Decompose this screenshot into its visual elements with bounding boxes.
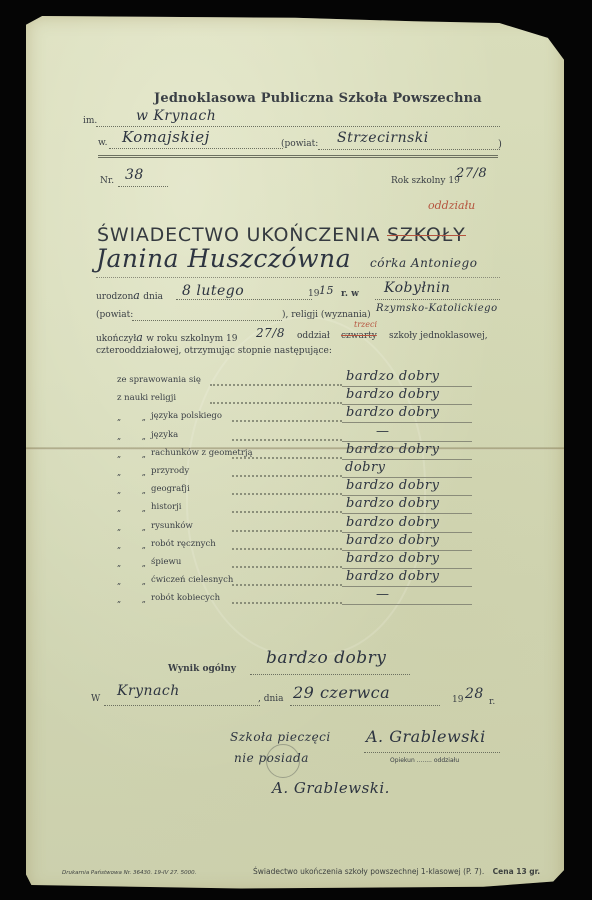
no-stamp-note-line2: nie posiada — [234, 751, 309, 765]
ditto-marks: „ „ — [117, 413, 155, 422]
leader-dots — [232, 602, 342, 604]
leader-dots — [232, 420, 342, 422]
powiat2-line — [132, 320, 282, 321]
grade-value: bardzo dobry — [346, 496, 439, 511]
grade-subject: przyrody — [151, 466, 189, 476]
powiat-line — [318, 149, 500, 150]
ditto-marks: „ „ — [117, 559, 155, 568]
leader-dots — [232, 566, 342, 568]
leader-dots — [210, 384, 342, 386]
year-r-label: r. — [489, 697, 495, 707]
leader-dots — [232, 493, 342, 495]
nr-label: Nr. — [100, 176, 114, 186]
grade-value: — — [376, 424, 390, 439]
religion-value: Rzymsko-Katolickiego — [376, 303, 498, 314]
grade-subject: śpiewu — [151, 557, 181, 567]
year-value: 28 — [465, 686, 484, 702]
ditto-marks: „ „ — [117, 486, 155, 495]
grade-value: bardzo dobry — [346, 369, 439, 384]
result-label: Wynik ogólny — [168, 664, 236, 674]
ditto-marks: „ „ — [117, 541, 155, 550]
grade-subject: rysunków — [151, 521, 193, 531]
religion-label: ), religji (wyznania) — [282, 310, 371, 320]
title-main: ŚWIADECTWO UKOŃCZENIA — [97, 224, 380, 246]
im-line — [96, 126, 500, 127]
date-value: 29 czerwca — [293, 683, 390, 702]
ditto-marks: „ „ — [117, 595, 155, 604]
leader-dots — [232, 530, 342, 532]
form-name: Świadectwo ukończenia szkoły powszechnej… — [253, 867, 484, 876]
grade-subject: geografji — [151, 484, 190, 494]
nr-line — [118, 186, 168, 187]
leader-dots — [232, 475, 342, 477]
grade-line — [342, 513, 472, 514]
title-struck-word: SZKOŁY — [387, 224, 466, 246]
leader-dots — [232, 457, 342, 459]
oddzial-label: oddział — [297, 331, 330, 341]
ditto-marks: „ „ — [117, 432, 155, 441]
school-year-value: 27/8 — [456, 166, 487, 181]
teacher-signature: A. Grablewski — [366, 727, 486, 746]
no-stamp-note-line1: Szkoła pieczęci — [230, 730, 331, 744]
student-name: Janina Huszczówna — [96, 244, 351, 273]
date-line — [290, 705, 440, 706]
grade-subject: ćwiczeń cielesnych — [151, 575, 233, 585]
ditto-marks: „ „ — [117, 577, 155, 586]
note-signature: A. Grablewski. — [272, 779, 390, 797]
grade-value: bardzo dobry — [346, 387, 439, 402]
grade-subject: języka polskiego — [151, 411, 222, 421]
nr-value: 38 — [125, 167, 144, 183]
birth-year-prefix: 19 — [308, 289, 319, 299]
leader-dots — [232, 584, 342, 586]
result-value: bardzo dobry — [266, 648, 386, 668]
powiat-value: Strzecirnski — [337, 130, 429, 146]
grade-subject: robót ręcznych — [151, 539, 216, 549]
oddzial-struck: czwarty — [341, 331, 377, 341]
leader-dots — [232, 511, 342, 513]
leader-dots — [232, 548, 342, 550]
completed-school-year: 27/8 — [256, 326, 285, 340]
grade-subject: historji — [151, 502, 182, 512]
place-line — [104, 705, 260, 706]
ditto-marks: „ „ — [117, 468, 155, 477]
teacher-caption: Opiekun ........ oddziału — [390, 757, 459, 764]
printer-imprint: Drukarnia Państwowa Nr. 36430. 19-IV 27.… — [62, 870, 196, 876]
parent-text: córka Antoniego — [370, 256, 477, 270]
year-prefix: 19 — [452, 695, 463, 705]
grade-value: bardzo dobry — [346, 442, 439, 457]
result-line — [250, 674, 410, 675]
rw-label: r. w — [341, 289, 359, 299]
grade-subject: z nauki religji — [117, 393, 176, 403]
school-year-label: Rok szkolny 19 — [391, 176, 460, 186]
grade-value: bardzo dobry — [346, 515, 439, 530]
name-line — [96, 277, 500, 278]
birth-day-line — [176, 299, 312, 300]
oddzial-correction: trzeci — [354, 320, 377, 329]
ditto-marks: „ „ — [117, 450, 155, 459]
grade-value: bardzo dobry — [346, 533, 439, 548]
grade-value: — — [376, 587, 390, 602]
grade-value: bardzo dobry — [346, 478, 439, 493]
leader-dots — [210, 402, 342, 404]
grade-line — [342, 604, 472, 605]
powiat-label: (powiat: — [281, 139, 318, 149]
ditto-marks: „ „ — [117, 523, 155, 532]
w-label: w. — [98, 138, 108, 148]
birth-day: 8 lutego — [182, 283, 244, 299]
grade-value: bardzo dobry — [346, 551, 439, 566]
grade-value: bardzo dobry — [346, 569, 439, 584]
birth-year: 15 — [319, 284, 334, 297]
form-price: Cena 13 gr. — [493, 867, 541, 876]
grade-subject: ze sprawowania się — [117, 375, 201, 385]
ditto-marks: „ „ — [117, 504, 155, 513]
grade-subject: robót kobiecych — [151, 593, 220, 603]
born-label: urodzona dnia — [96, 289, 163, 302]
leader-dots — [232, 439, 342, 441]
completed-line: ukończyła w roku szkolnym 19 — [96, 331, 237, 344]
header-double-rule — [98, 155, 498, 158]
birth-place: Kobyłnin — [384, 280, 450, 296]
w-value: Komajskiej — [122, 128, 210, 146]
school-type-heading: Jednoklasowa Publiczna Szkoła Powszechna — [154, 91, 482, 106]
place-label: W — [91, 694, 100, 704]
teacher-signature-line — [364, 752, 500, 753]
w-line — [109, 148, 283, 149]
certificate-title: ŚWIADECTWO UKOŃCZENIA SZKOŁY — [97, 224, 466, 246]
form-footer: Świadectwo ukończenia szkoły powszechnej… — [253, 867, 540, 876]
im-value: w Krynach — [136, 108, 216, 124]
grade-line — [342, 422, 472, 423]
title-correction: oddziału — [428, 199, 475, 212]
powiat-close: ) — [498, 139, 502, 150]
grade-value: dobry — [345, 460, 386, 475]
grades-intro: czterooddziałowej, otrzymując stopnie na… — [96, 346, 332, 356]
birth-place-line — [375, 299, 500, 300]
grade-line — [342, 586, 472, 587]
im-label: im. — [83, 116, 97, 126]
date-label: , dnia — [258, 694, 284, 704]
school-type-text: szkoły jednoklasowej, — [389, 331, 488, 341]
grade-subject: języka — [151, 430, 178, 440]
powiat2-label: (powiat: — [96, 310, 133, 320]
place-value: Krynach — [117, 683, 180, 699]
grade-value: bardzo dobry — [346, 405, 439, 420]
